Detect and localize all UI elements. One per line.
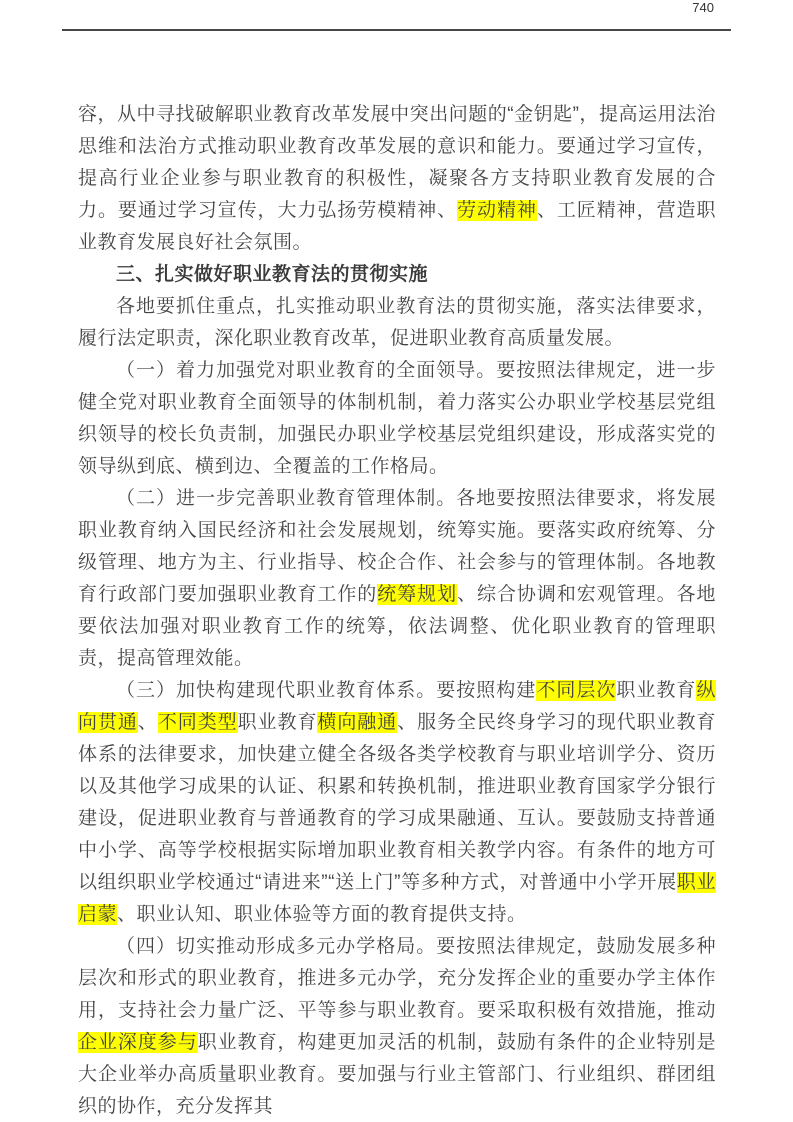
page-number: 740: [692, 0, 714, 15]
text-segment: 职业教育: [616, 680, 696, 701]
highlighted-text: 横向融通: [317, 712, 397, 733]
body-paragraph: 容，从中寻找破解职业教育改革发展中突出问题的“金钥匙”，提高运用法治思维和法治方…: [78, 99, 716, 259]
text-segment: （四）切实推动形成多元办学格局。要按照法律规定，鼓励发展多种层次和形式的职业教育…: [78, 936, 716, 1021]
document-content: 容，从中寻找破解职业教育改革发展中突出问题的“金钥匙”，提高运用法治思维和法治方…: [78, 99, 716, 1122]
body-paragraph: 各地要抓住重点，扎实推动职业教育法的贯彻实施，落实法律要求，履行法定职责，深化职…: [78, 291, 716, 355]
section-heading: 三、扎实做好职业教育法的贯彻实施: [78, 259, 716, 291]
highlighted-text: 企业深度参与: [78, 1032, 198, 1053]
document-page: 740 容，从中寻找破解职业教育改革发展中突出问题的“金钥匙”，提高运用法治思维…: [0, 0, 793, 1122]
text-segment: 职业教育: [238, 712, 318, 733]
highlighted-text: 不同类型: [158, 712, 238, 733]
text-segment: 、: [138, 712, 158, 733]
text-segment: 、服务全民终身学习的现代职业教育体系的法律要求，加快建立健全各级各类学校教育与职…: [78, 712, 716, 893]
text-segment: （三）加快构建现代职业教育体系。要按照构建: [116, 680, 536, 701]
body-paragraph: （三）加快构建现代职业教育体系。要按照构建不同层次职业教育纵向贯通、不同类型职业…: [78, 675, 716, 931]
text-segment: 各地要抓住重点，扎实推动职业教育法的贯彻实施，落实法律要求，履行法定职责，深化职…: [78, 296, 716, 349]
body-paragraph: （二）进一步完善职业教育管理体制。各地要按照法律要求，将发展职业教育纳入国民经济…: [78, 483, 716, 675]
body-paragraph: （四）切实推动形成多元办学格局。要按照法律规定，鼓励发展多种层次和形式的职业教育…: [78, 931, 716, 1122]
header-divider: [62, 29, 731, 31]
text-segment: （一）着力加强党对职业教育的全面领导。要按照法律规定，进一步健全党对职业教育全面…: [78, 360, 716, 477]
highlighted-text: 劳动精神: [457, 200, 537, 221]
text-segment: 、职业认知、职业体验等方面的教育提供支持。: [117, 904, 527, 925]
body-paragraph: （一）着力加强党对职业教育的全面领导。要按照法律规定，进一步健全党对职业教育全面…: [78, 355, 716, 483]
highlighted-text: 统筹规划: [377, 584, 457, 605]
highlighted-text: 不同层次: [536, 680, 616, 701]
text-segment: 三、扎实做好职业教育法的贯彻实施: [116, 264, 428, 285]
